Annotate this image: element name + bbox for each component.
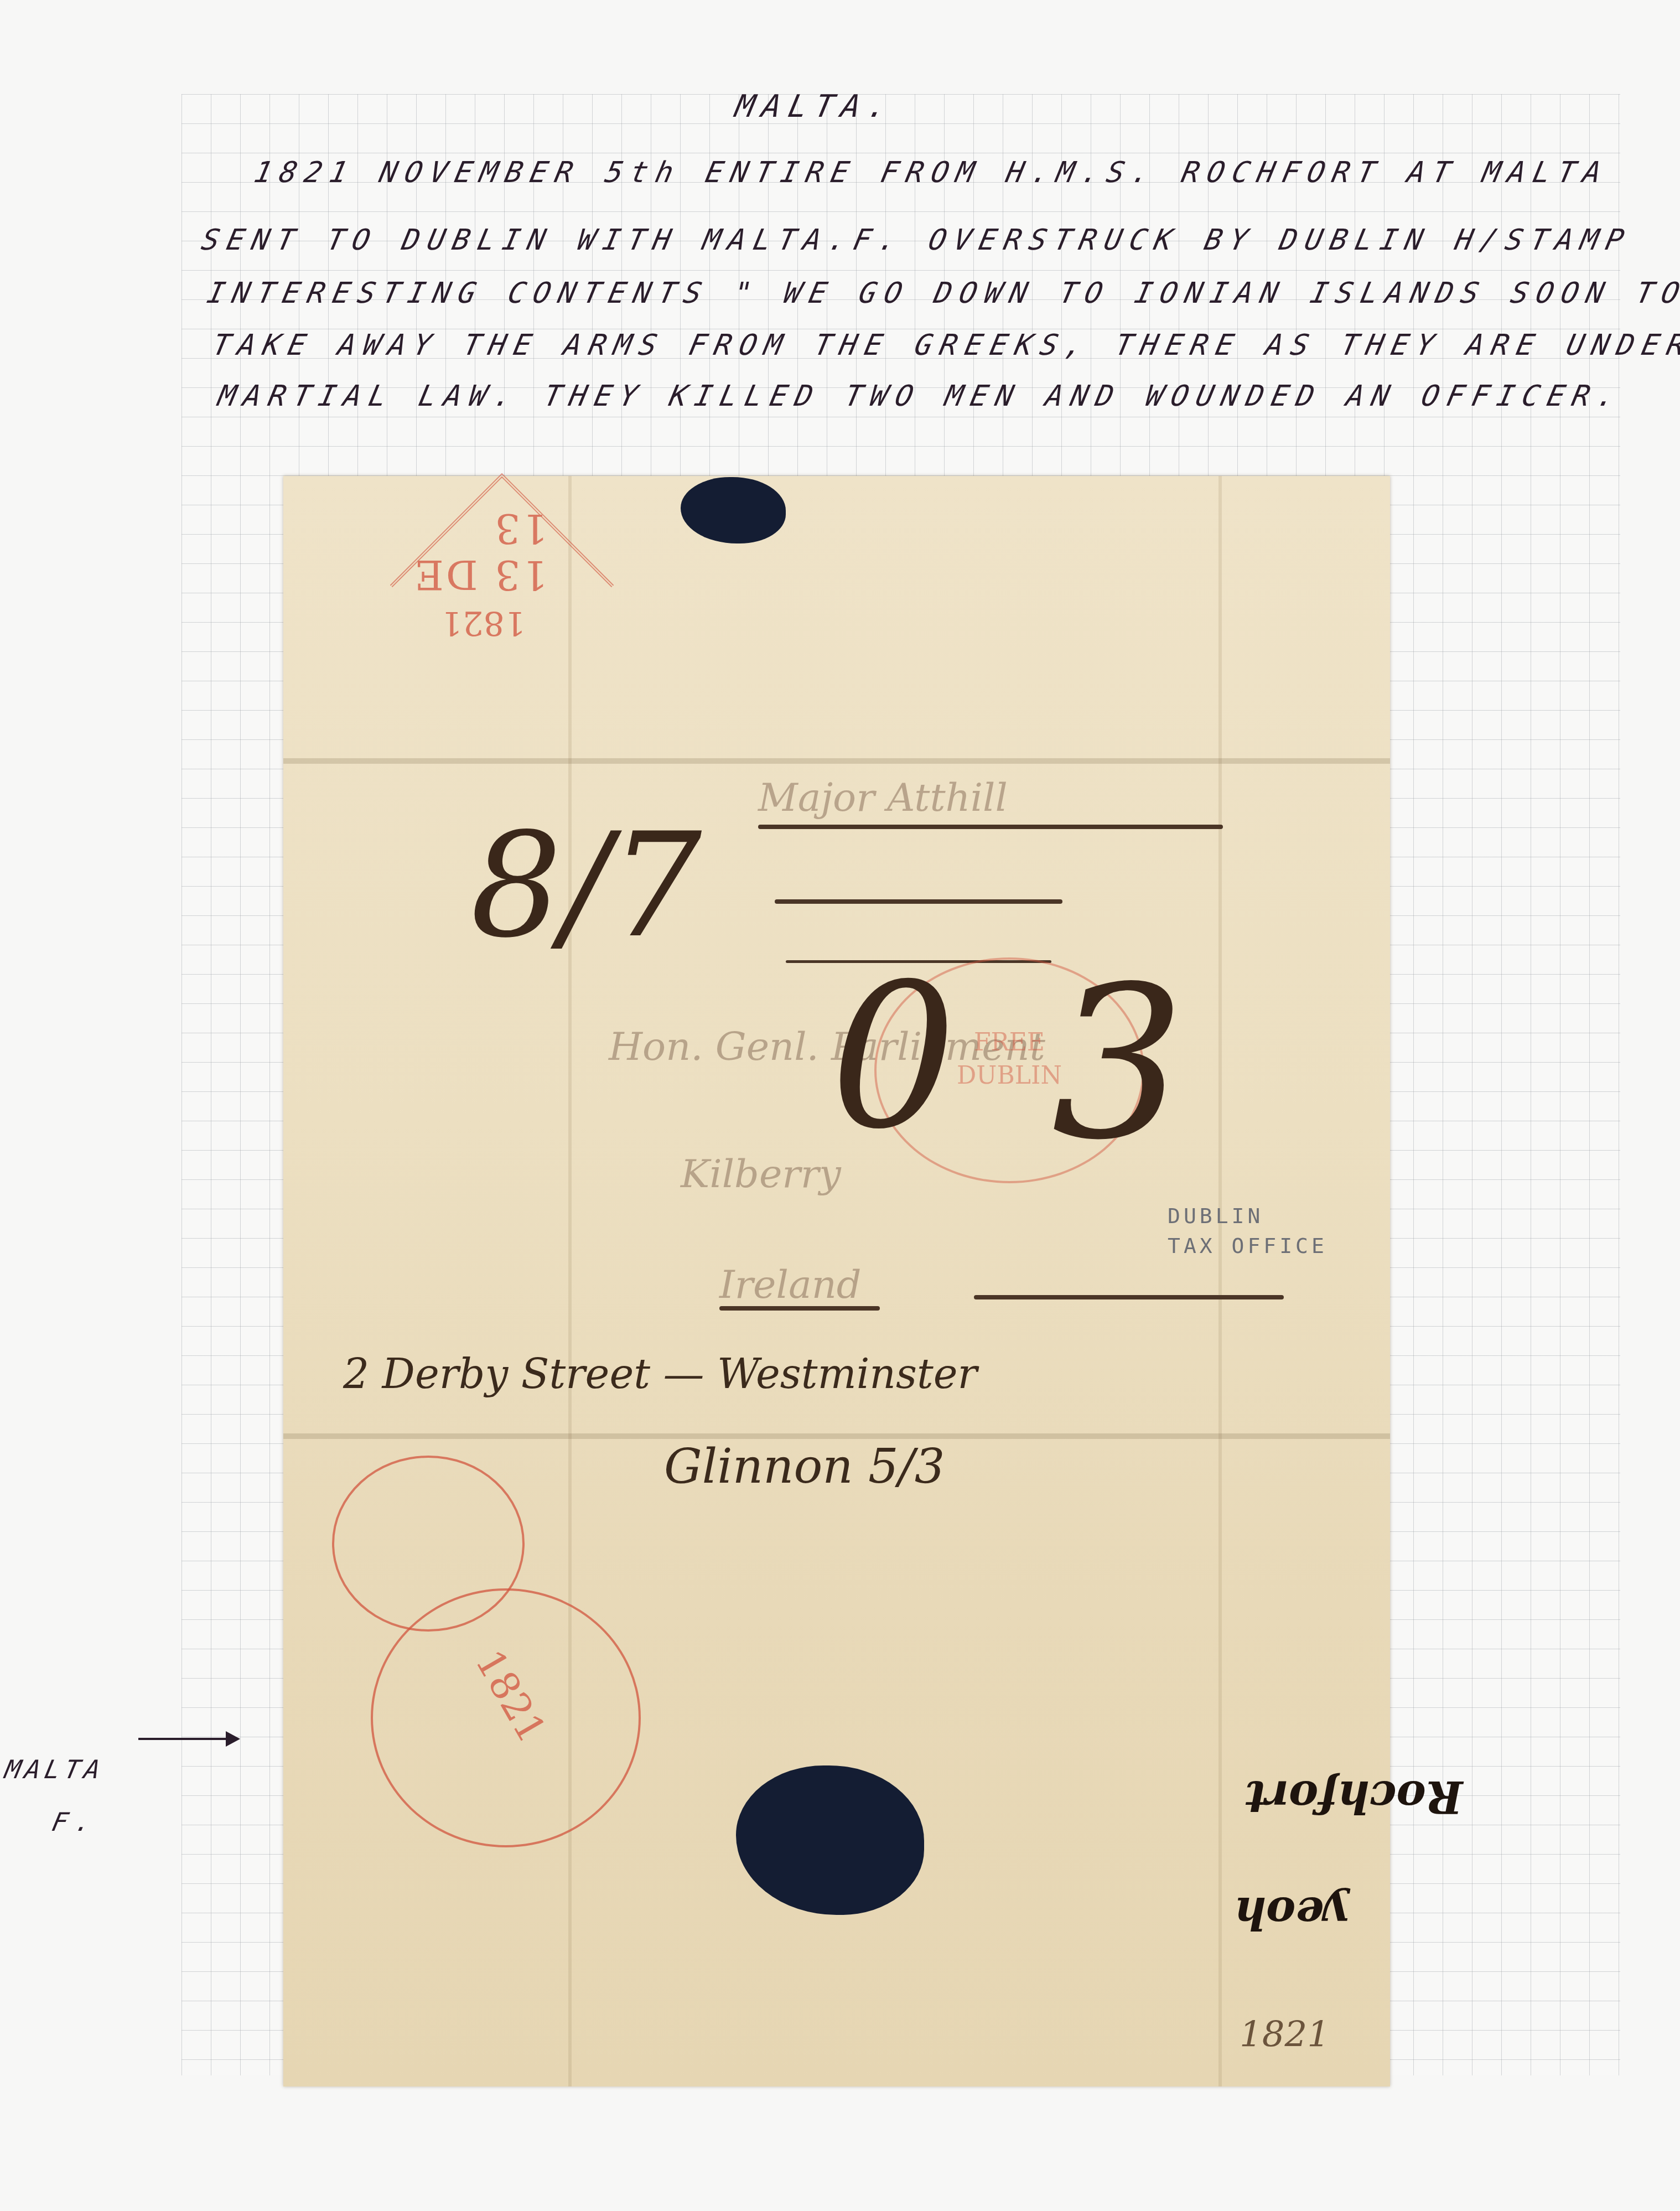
side-label-f: F. <box>49 1807 102 1837</box>
description-line-5: MARTIAL LAW. THEY KILLED TWO MEN AND WOU… <box>215 380 1626 413</box>
strike-line <box>719 1306 880 1311</box>
manuscript-rate-3: 3 <box>1051 941 1185 1186</box>
strike-line <box>758 825 1223 829</box>
manuscript-rate-2: 0 <box>830 941 957 1173</box>
side-label-malta: MALTA <box>2 1754 107 1784</box>
description-line-3: INTERESTING CONTENTS " WE GO DOWN TO ION… <box>204 277 1680 310</box>
manuscript-rate-1: 8/7 <box>470 802 702 970</box>
docket-line-1: Rochfort <box>1245 1771 1463 1823</box>
fold-line <box>568 476 572 2086</box>
description-line-2: SENT TO DUBLIN WITH MALTA.F. OVERSTRUCK … <box>199 224 1635 257</box>
description-line-4: TAKE AWAY THE ARMS FROM THE GREEKS, THER… <box>210 329 1680 362</box>
fold-line <box>283 758 1390 764</box>
album-page: MALTA. 1821 NOVEMBER 5th ENTIRE FROM H.M… <box>0 0 1680 2211</box>
pencil-note: DUBLIN TAX OFFICE <box>1168 1201 1328 1261</box>
docket-year: 1821 <box>1240 2015 1330 2055</box>
description-line-1: 1821 NOVEMBER 5th ENTIRE FROM H.M.S. ROC… <box>251 156 1612 189</box>
docket-line-2: yeoh <box>1234 1887 1350 1939</box>
faint-address-1: Major Atthill <box>758 775 1008 820</box>
fold-line <box>283 1433 1390 1439</box>
faint-address-4: Ireland <box>719 1262 862 1307</box>
right-arrow-icon <box>138 1738 238 1740</box>
faint-address-3: Kilberry <box>681 1151 841 1197</box>
strike-line <box>974 1295 1284 1299</box>
red-dublin-datestamp: 13 DE 13 1821 <box>398 481 598 664</box>
address-line-2: Glinnon 5/3 <box>664 1439 945 1494</box>
fold-line <box>1218 476 1222 2086</box>
red-malta-datestamp: 1821 <box>371 1588 641 1847</box>
address-line-1: 2 Derby Street — Westminster <box>343 1350 977 1398</box>
strike-line <box>775 899 1062 904</box>
page-heading: MALTA. <box>732 89 898 125</box>
